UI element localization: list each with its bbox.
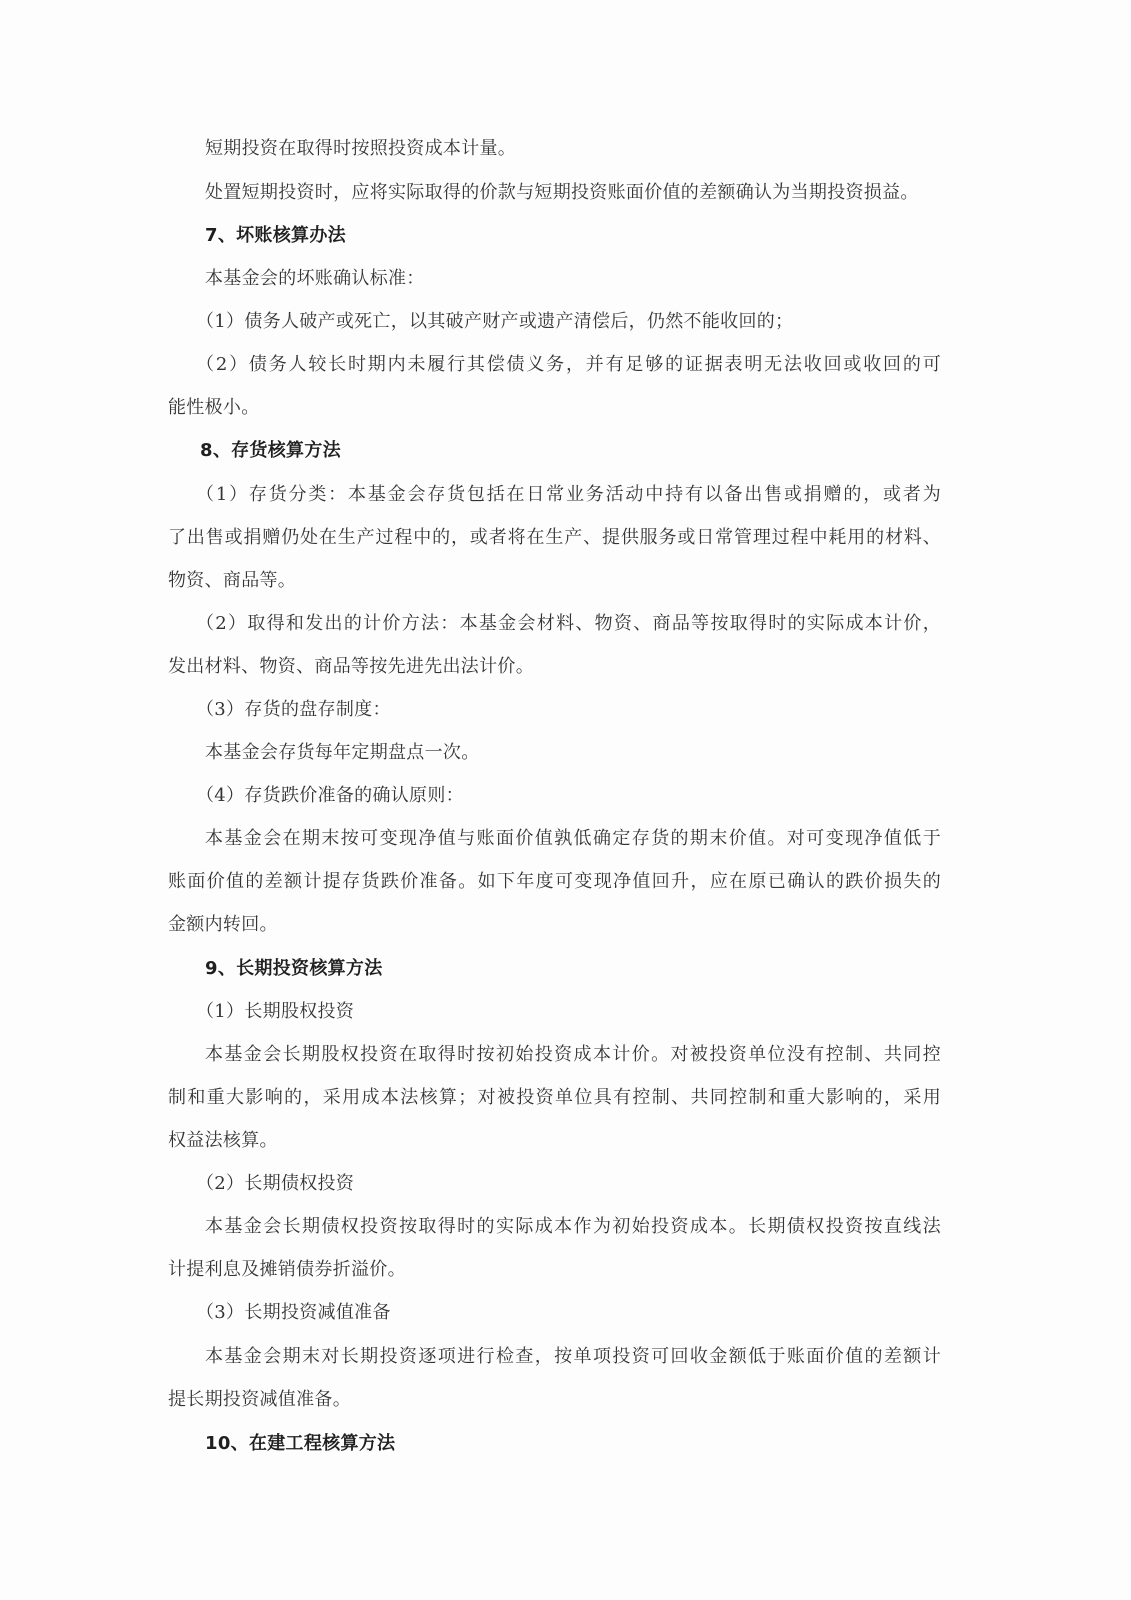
- paragraph-line: 本基金会在期末按可变现净值与账面价值孰低确定存货的期末价值。对可变现净值低于: [205, 827, 941, 851]
- list-item: （1）长期股权投资: [196, 1000, 354, 1024]
- list-item: （3）存货的盘存制度：: [196, 698, 391, 722]
- paragraph-line: 发出材料、物资、商品等按先进先出法计价。: [168, 655, 534, 679]
- section-heading-8: 8、存货核算方法: [200, 439, 341, 463]
- paragraph-line: 本基金会的坏账确认标准：: [205, 267, 425, 291]
- paragraph-line: 账面价值的差额计提存货跌价准备。如下年度可变现净值回升，应在原已确认的跌价损失的: [168, 870, 941, 894]
- paragraph-line: 计提利息及摊销债券折溢价。: [168, 1258, 406, 1282]
- list-item: （2）长期债权投资: [196, 1172, 354, 1196]
- list-item: （3）长期投资减值准备: [196, 1301, 391, 1325]
- paragraph-line: 权益法核算。: [168, 1129, 278, 1153]
- paragraph-line: 本基金会长期股权投资在取得时按初始投资成本计价。对被投资单位没有控制、共同控: [205, 1043, 941, 1067]
- list-item: （1）债务人破产或死亡，以其破产财产或遗产清偿后，仍然不能收回的；: [196, 310, 793, 334]
- list-item: （2）取得和发出的计价方法：本基金会材料、物资、商品等按取得时的实际成本计价，: [196, 612, 941, 636]
- paragraph-line: 能性极小。: [168, 396, 260, 420]
- paragraph-line: 本基金会存货每年定期盘点一次。: [205, 741, 480, 765]
- section-heading-10: 10、在建工程核算方法: [205, 1432, 395, 1456]
- list-item: （4）存货跌价准备的确认原则：: [196, 784, 464, 808]
- paragraph-line: 物资、商品等。: [168, 569, 296, 593]
- paragraph-line: 本基金会期末对长期投资逐项进行检查，按单项投资可回收金额低于账面价值的差额计: [205, 1345, 941, 1369]
- section-heading-7: 7、坏账核算办法: [205, 224, 346, 248]
- paragraph-line: 了出售或捐赠仍处在生产过程中的，或者将在生产、提供服务或日常管理过程中耗用的材料…: [168, 526, 941, 550]
- paragraph-line: 短期投资在取得时按照投资成本计量。: [205, 137, 516, 161]
- section-heading-9: 9、长期投资核算方法: [205, 957, 383, 981]
- paragraph-line: 本基金会长期债权投资按取得时的实际成本作为初始投资成本。长期债权投资按直线法: [205, 1215, 941, 1239]
- list-item: （2）债务人较长时期内未履行其偿债义务，并有足够的证据表明无法收回或收回的可: [196, 353, 941, 377]
- paragraph-line: 金额内转回。: [168, 913, 278, 937]
- document-page: 短期投资在取得时按照投资成本计量。 处置短期投资时，应将实际取得的价款与短期投资…: [0, 0, 1131, 1600]
- paragraph-line: 提长期投资减值准备。: [168, 1388, 351, 1412]
- list-item: （1）存货分类：本基金会存货包括在日常业务活动中持有以备出售或捐赠的，或者为: [196, 483, 941, 507]
- paragraph-line: 制和重大影响的，采用成本法核算；对被投资单位具有控制、共同控制和重大影响的，采用: [168, 1086, 941, 1110]
- paragraph-line: 处置短期投资时，应将实际取得的价款与短期投资账面价值的差额确认为当期投资损益。: [205, 181, 919, 205]
